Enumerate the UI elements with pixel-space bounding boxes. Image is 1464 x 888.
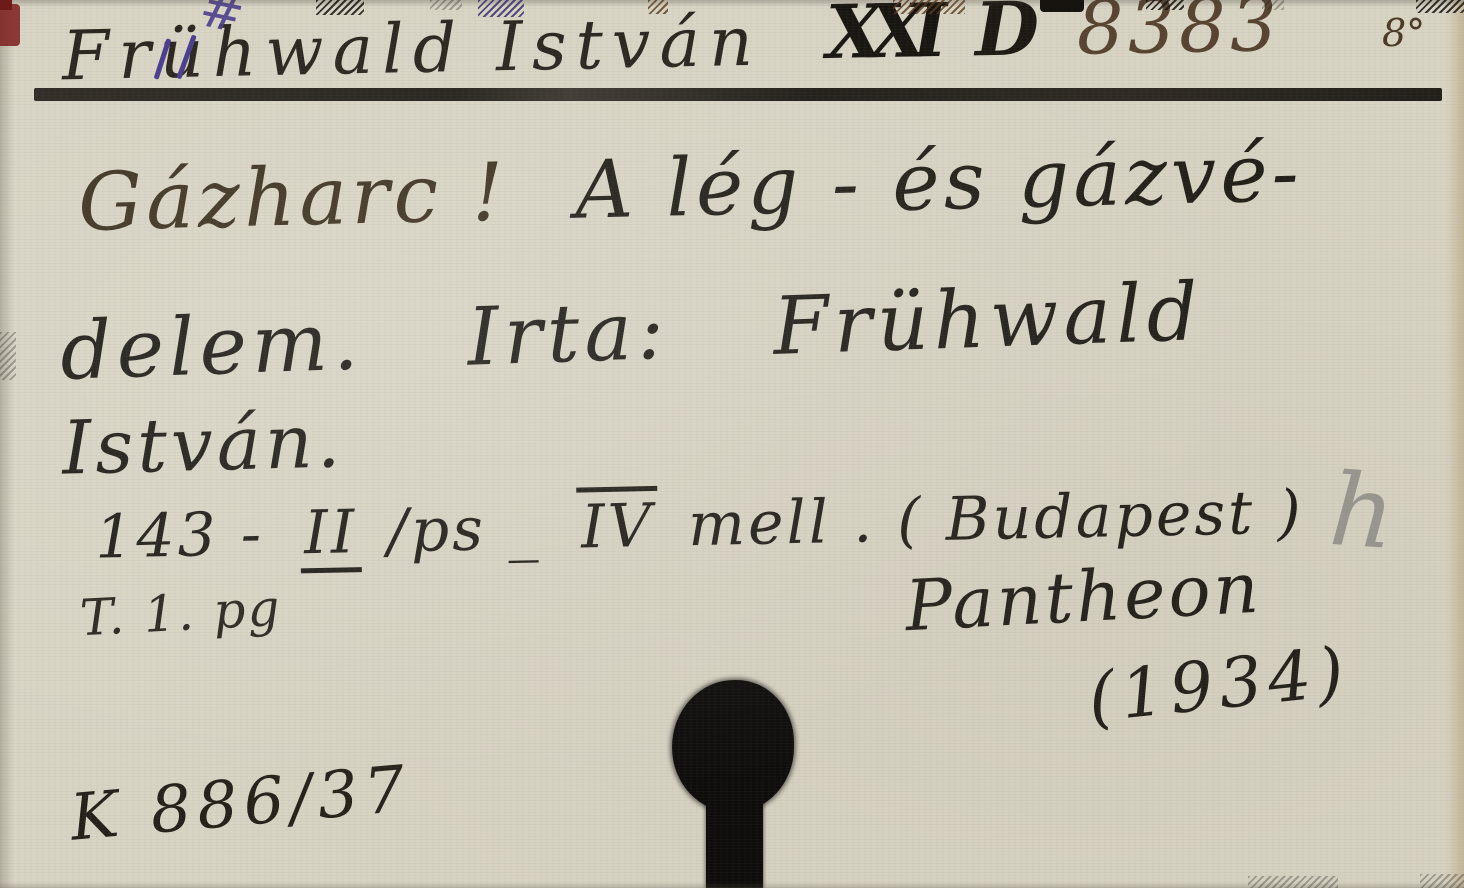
- scan-artifact-hatch: [1248, 876, 1338, 888]
- scan-artifact-hatch: [1262, 0, 1284, 10]
- note-annotation: T. 1. pg: [79, 583, 283, 643]
- red-ink-speck: [0, 0, 12, 10]
- title-word-gazharc: Gázharc !: [77, 145, 509, 248]
- format-notation: 8°: [1382, 14, 1425, 52]
- scan-artifact-hatch: [893, 0, 965, 14]
- scan-artifact-hatch: [478, 0, 524, 17]
- catalog-card: Frühwald István # XXI D 8383 8° Gázharc …: [0, 0, 1464, 888]
- pencil-mark: h: [1327, 460, 1398, 564]
- title-line-3: István.: [61, 404, 345, 485]
- scan-artifact-hatch: [1416, 0, 1464, 13]
- red-ink-speck: [0, 4, 20, 46]
- publication-year: (1934): [1085, 638, 1353, 733]
- collation-mid: /ps _: [387, 493, 542, 566]
- shelfmark-number: 8383: [1076, 0, 1282, 72]
- punch-hole-stem: [706, 780, 763, 888]
- scan-artifact-hatch: [316, 0, 364, 15]
- accession-number: K 886/37: [68, 757, 414, 851]
- title-line-1: Gázharc ! A lég - és gázvé-: [77, 133, 1303, 243]
- scan-artifact-hatch: [1420, 874, 1464, 888]
- title-line-2: delem. Irta: Frühwald: [59, 272, 1204, 392]
- right-edge-strip: [1446, 0, 1464, 888]
- publisher: Pantheon: [903, 553, 1263, 642]
- collation-roman-4: IV: [576, 486, 659, 563]
- heading-rule: [34, 88, 1442, 101]
- left-edge-shadow: [0, 0, 14, 888]
- collation-pages: 143 -: [94, 499, 264, 573]
- shelfmark-letter: D: [974, 0, 1040, 73]
- collation-tail: mell . ( Budapest ): [687, 477, 1304, 560]
- scan-artifact-hatch: [1146, 0, 1184, 10]
- scan-artifact-hatch: [0, 332, 16, 380]
- scan-artifact-hatch: [1040, 0, 1084, 12]
- scan-artifact-hatch: [648, 0, 668, 14]
- title-rest-line-1: A lég - és gázvé-: [574, 126, 1304, 237]
- collation-roman-2: II: [299, 497, 362, 573]
- scan-artifact-hatch: [430, 0, 462, 10]
